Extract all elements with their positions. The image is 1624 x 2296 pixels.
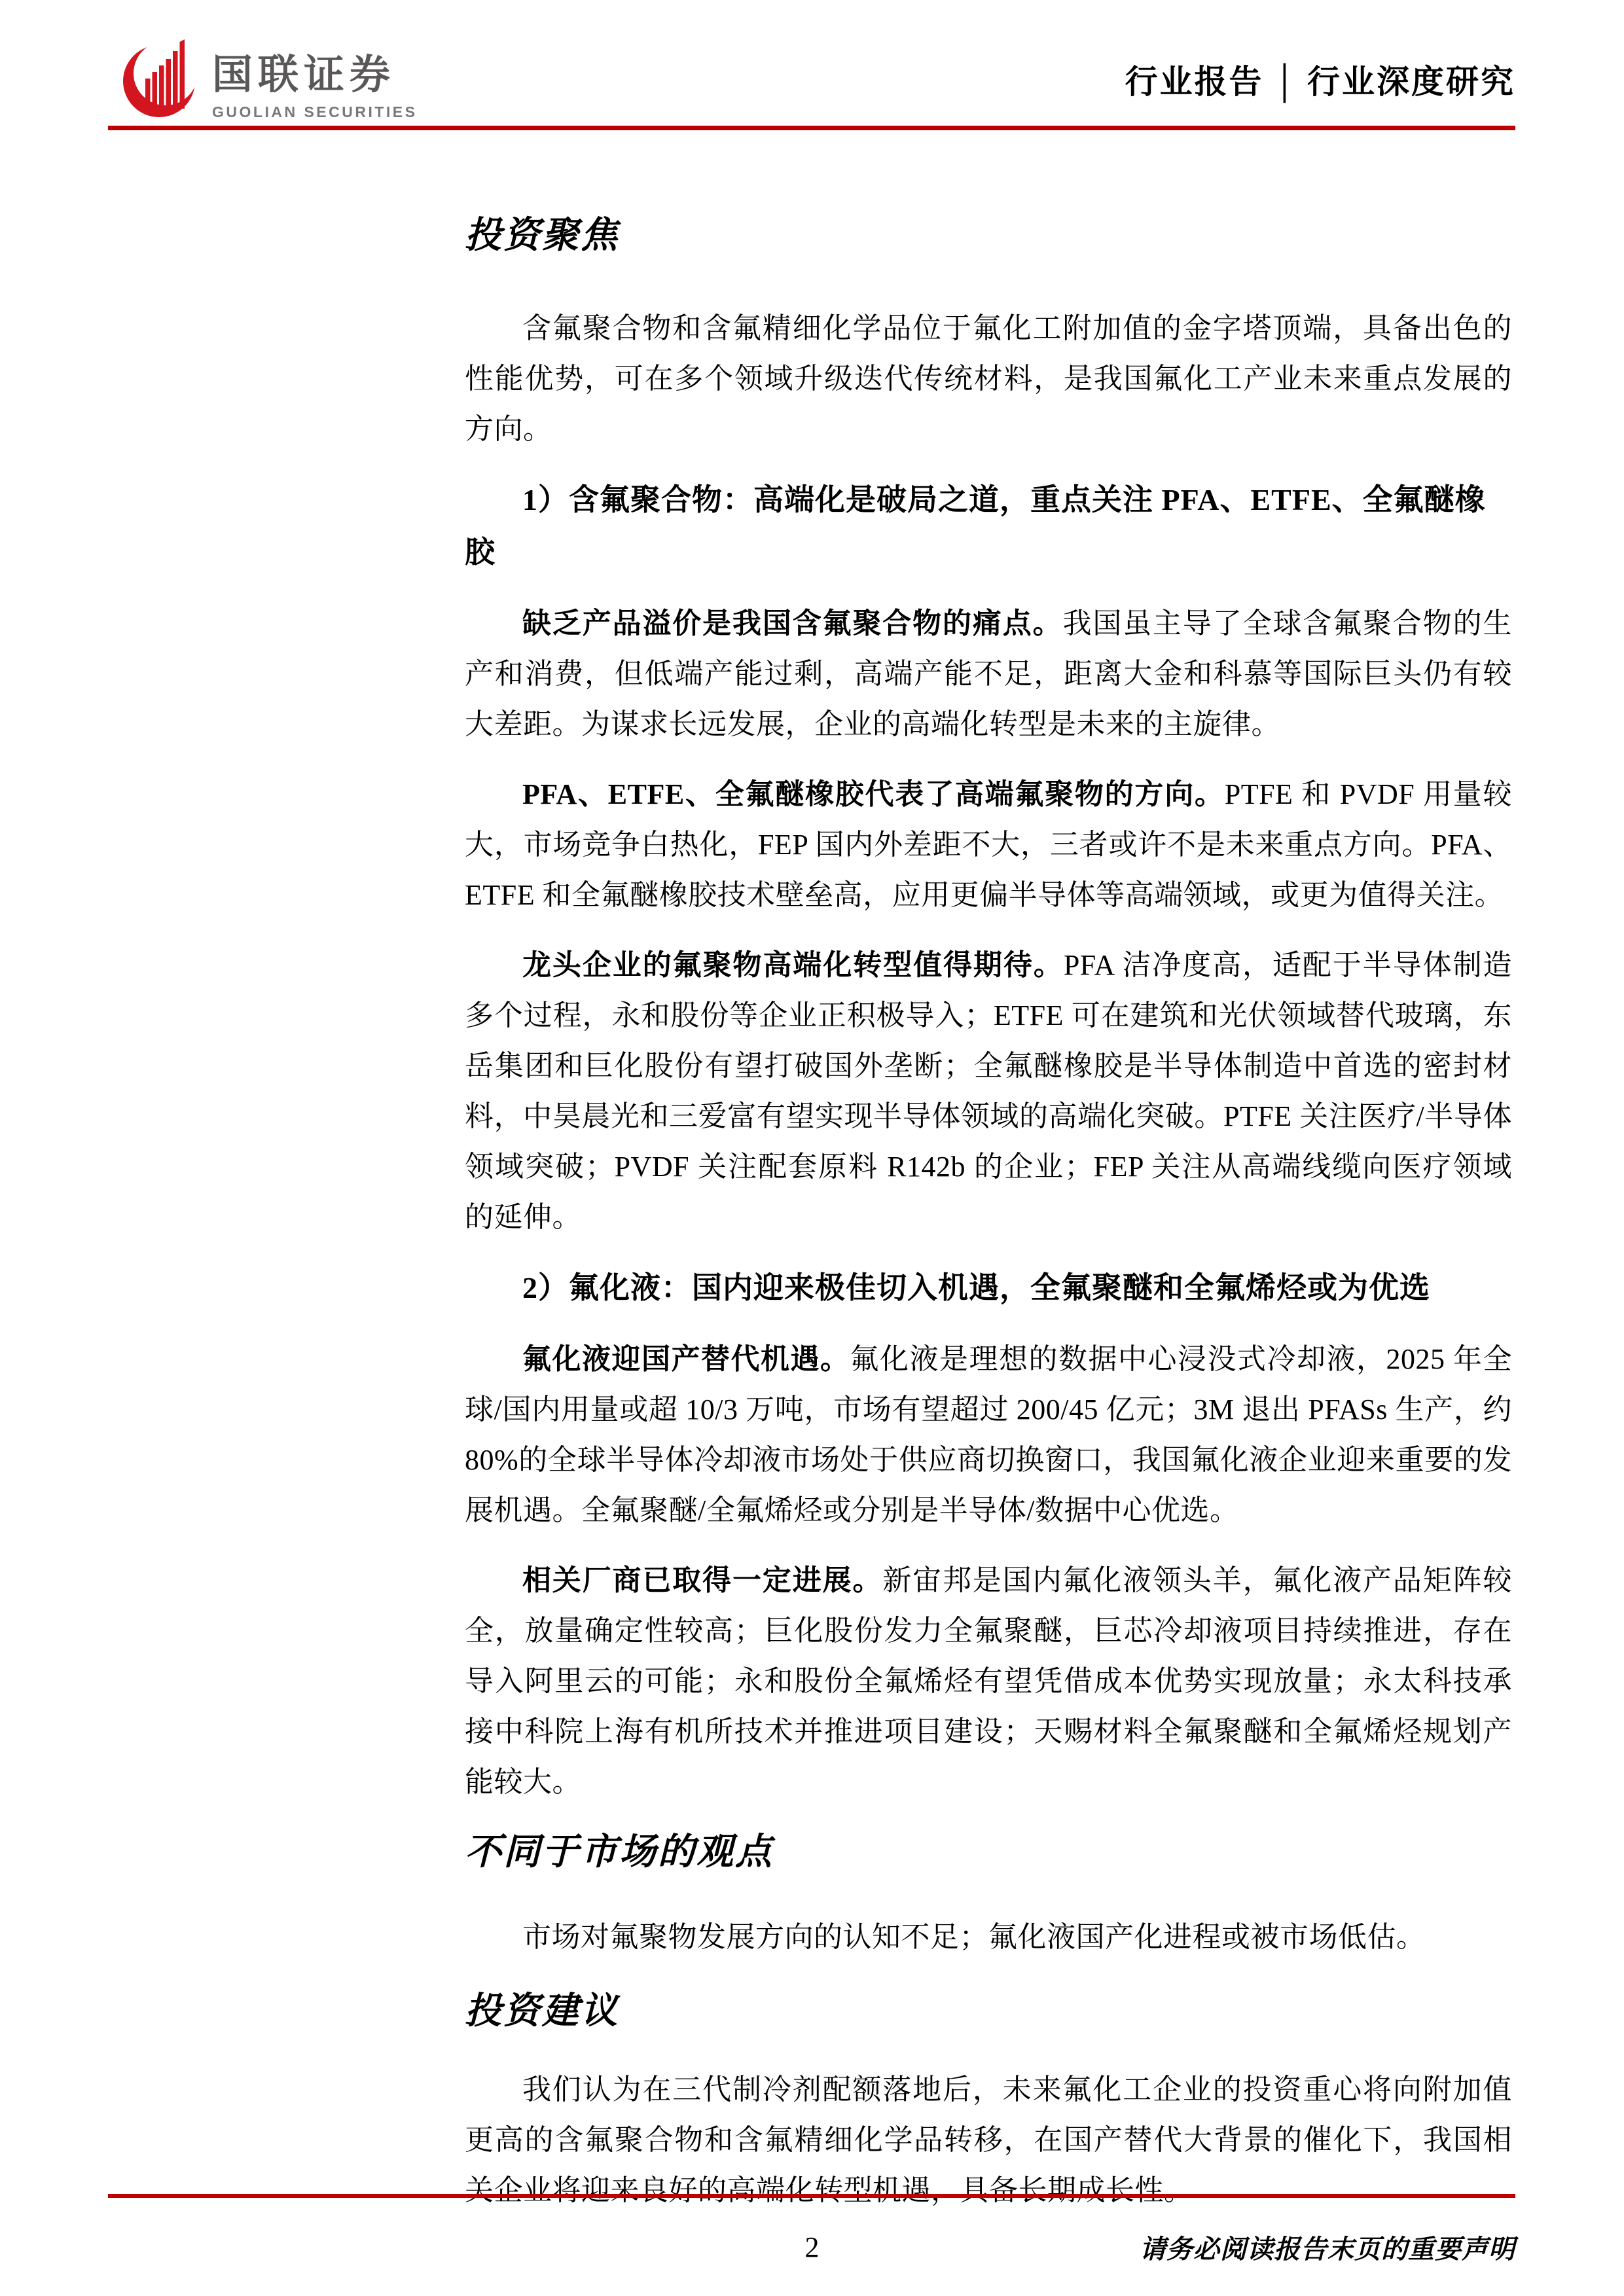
paragraph-text: PFA 洁净度高，适配于半导体制造多个过程，永和股份等企业正积极导入；ETFE … bbox=[465, 949, 1512, 1233]
paragraph-text: 我们认为在三代制冷剂配额落地后，未来氟化工企业的投资重心将向附加值更高的含氟聚合… bbox=[465, 2073, 1512, 2206]
paragraph: 我们认为在三代制冷剂配额落地后，未来氟化工企业的投资重心将向附加值更高的含氟聚合… bbox=[465, 2064, 1512, 2215]
report-type-label: 行业报告 bbox=[1125, 63, 1264, 100]
paragraph-lead: 缺乏产品溢价是我国含氟聚合物的痛点。 bbox=[522, 607, 1062, 639]
logo-name-en: GUOLIAN SECURITIES bbox=[212, 105, 428, 120]
report-page: 国联证券 GUOLIAN SECURITIES 行业报告│行业深度研究 投资聚焦… bbox=[0, 0, 1624, 2296]
report-type-header: 行业报告│行业深度研究 bbox=[1125, 62, 1515, 103]
section-title-investment-advice: 投资建议 bbox=[465, 1982, 1512, 2041]
paragraph-lead: 龙头企业的氟聚物高端化转型值得期待。 bbox=[522, 949, 1064, 981]
guolian-logo-icon bbox=[122, 35, 202, 119]
paragraph-text: 新宙邦是国内氟化液领头羊，氟化液产品矩阵较全，放量确定性较高；巨化股份发力全氟聚… bbox=[465, 1564, 1512, 1798]
guolian-logo: 国联证券 GUOLIAN SECURITIES bbox=[212, 55, 428, 120]
paragraph-lead: PFA、ETFE、全氟醚橡胶代表了高端氟聚物的方向。 bbox=[522, 778, 1225, 810]
paragraph: 氟化液迎国产替代机遇。氟化液是理想的数据中心浸没式冷却液，2025 年全球/国内… bbox=[465, 1334, 1512, 1535]
paragraph-lead: 相关厂商已取得一定进展。 bbox=[522, 1564, 882, 1596]
section-title-different-view: 不同于市场的观点 bbox=[465, 1823, 1512, 1882]
paragraph-text: 含氟聚合物和含氟精细化学品位于氟化工附加值的金字塔顶端，具备出色的性能优势，可在… bbox=[465, 312, 1512, 445]
paragraph: 龙头企业的氟聚物高端化转型值得期待。PFA 洁净度高，适配于半导体制造多个过程，… bbox=[465, 940, 1512, 1242]
paragraph: 缺乏产品溢价是我国含氟聚合物的痛点。我国虽主导了全球含氟聚合物的生产和消费，但低… bbox=[465, 598, 1512, 749]
report-subtype-label: 行业深度研究 bbox=[1307, 63, 1515, 100]
logo-name-cn: 国联证券 bbox=[212, 55, 428, 96]
paragraph: PFA、ETFE、全氟醚橡胶代表了高端氟聚物的方向。PTFE 和 PVDF 用量… bbox=[465, 769, 1512, 920]
paragraph-text: 市场对氟聚物发展方向的认知不足；氟化液国产化进程或被市场低估。 bbox=[522, 1921, 1426, 1953]
section-title-investment-focus: 投资聚焦 bbox=[465, 206, 1512, 265]
header-rule bbox=[108, 126, 1515, 130]
footer-rule bbox=[108, 2194, 1515, 2198]
subheading-fluoropolymers: 1）含氟聚合物：高端化是破局之道，重点关注 PFA、ETFE、全氟醚橡胶 bbox=[465, 474, 1512, 579]
footer-disclaimer: 请务必阅读报告末页的重要声明 bbox=[1140, 2232, 1515, 2267]
header-divider: │ bbox=[1264, 63, 1307, 100]
paragraph-lead: 氟化液迎国产替代机遇。 bbox=[522, 1343, 850, 1375]
paragraph: 相关厂商已取得一定进展。新宙邦是国内氟化液领头羊，氟化液产品矩阵较全，放量确定性… bbox=[465, 1555, 1512, 1807]
report-body: 投资聚焦 含氟聚合物和含氟精细化学品位于氟化工附加值的金字塔顶端，具备出色的性能… bbox=[465, 206, 1512, 2215]
paragraph: 市场对氟聚物发展方向的认知不足；氟化液国产化进程或被市场低估。 bbox=[465, 1912, 1512, 1962]
paragraph: 含氟聚合物和含氟精细化学品位于氟化工附加值的金字塔顶端，具备出色的性能优势，可在… bbox=[465, 303, 1512, 454]
subheading-fluorinated-fluids: 2）氟化液：国内迎来极佳切入机遇，全氟聚醚和全氟烯烃或为优选 bbox=[465, 1262, 1512, 1314]
